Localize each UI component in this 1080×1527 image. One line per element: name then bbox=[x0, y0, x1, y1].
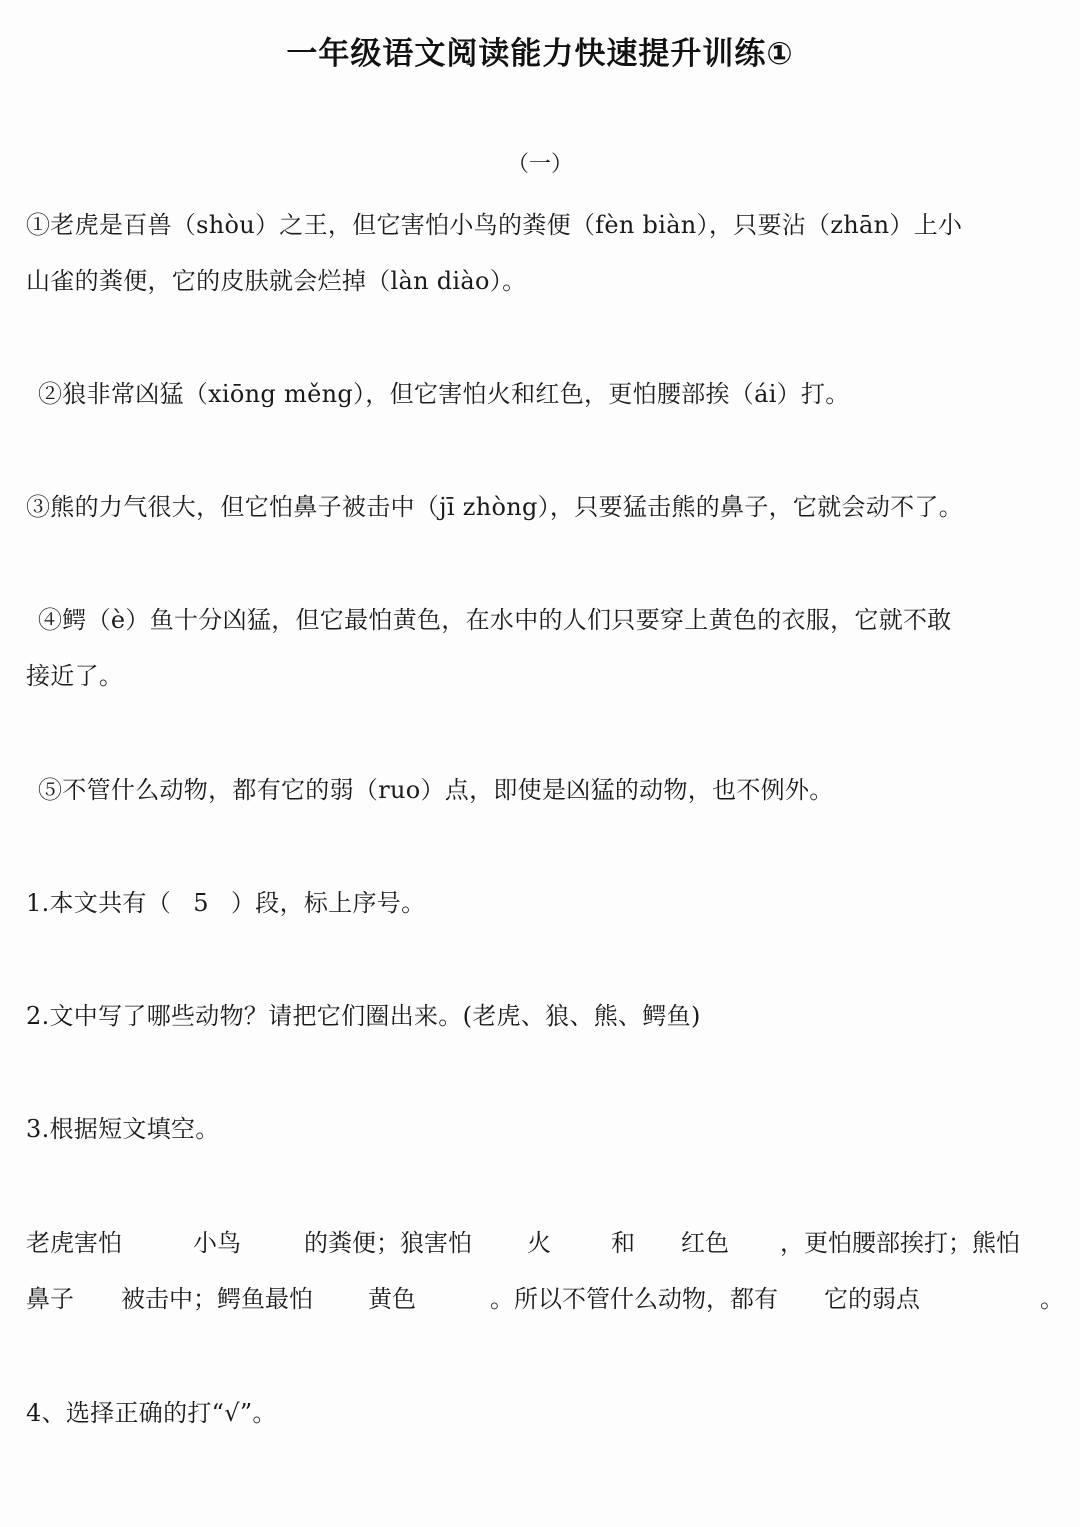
passage-paragraph-3: ③熊的力气很大，但它怕鼻子被击中（jī zhòng），只要猛击熊的鼻子，它就会动… bbox=[26, 491, 1056, 523]
passage-paragraph-1-line-2: 山雀的粪便，它的皮肤就会烂掉（làn diào）。 bbox=[26, 265, 1056, 297]
q3-answer-1[interactable]: 小鸟 bbox=[193, 1227, 241, 1259]
q3-answer-3[interactable]: 红色 bbox=[681, 1227, 729, 1259]
section-label: （一） bbox=[0, 150, 1080, 180]
question-1-suffix: ）段，标上序号。 bbox=[231, 889, 425, 917]
question-2: 2.文中写了哪些动物？请把它们圈出来。(老虎、狼、熊、鳄鱼) bbox=[26, 1000, 1056, 1032]
q3-text-3: 和 bbox=[611, 1227, 635, 1259]
q3-answer-5[interactable]: 黄色 bbox=[368, 1283, 416, 1315]
passage-paragraph-5: ⑤不管什么动物，都有它的弱（ruo）点，即使是凶猛的动物，也不例外。 bbox=[38, 774, 1068, 806]
q3-text-7: 。 bbox=[1040, 1283, 1064, 1315]
q3-answer-2[interactable]: 火 bbox=[527, 1227, 551, 1259]
question-1: 1.本文共有（5）段，标上序号。 bbox=[26, 887, 1056, 919]
passage-paragraph-4-line-1: ④鳄（è）鱼十分凶猛，但它最怕黄色，在水中的人们只要穿上黄色的衣服，它就不敢 bbox=[38, 604, 1068, 636]
q3-text-4: ，更怕腰部挨打；熊怕 bbox=[780, 1227, 1020, 1259]
passage-paragraph-4-line-2: 接近了。 bbox=[26, 660, 1056, 692]
passage-paragraph-2: ②狼非常凶猛（xiōng měng），但它害怕火和红色，更怕腰部挨（ái）打。 bbox=[38, 378, 1068, 410]
q3-text-2: 的粪便；狼害怕 bbox=[304, 1227, 472, 1259]
q3-text-5: 被击中；鳄鱼最怕 bbox=[121, 1283, 313, 1315]
q3-answer-4[interactable]: 鼻子 bbox=[26, 1283, 74, 1315]
worksheet-page: 一年级语文阅读能力快速提升训练① （一） ①老虎是百兽（shòu）之王，但它害怕… bbox=[0, 0, 1080, 1527]
passage-paragraph-1-line-1: ①老虎是百兽（shòu）之王，但它害怕小鸟的粪便（fèn biàn），只要沾（z… bbox=[26, 209, 1056, 241]
page-title: 一年级语文阅读能力快速提升训练① bbox=[0, 34, 1080, 74]
q3-text-1: 老虎害怕 bbox=[26, 1227, 122, 1259]
question-3-prompt: 3.根据短文填空。 bbox=[26, 1113, 1056, 1145]
question-1-prefix: 1.本文共有（ bbox=[26, 889, 171, 917]
question-4: 4、选择正确的打“√”。 bbox=[26, 1397, 1056, 1429]
q3-answer-6[interactable]: 它的弱点 bbox=[824, 1283, 920, 1315]
q3-text-6: 。所以不管什么动物，都有 bbox=[490, 1283, 778, 1315]
question-1-answer[interactable]: 5 bbox=[171, 887, 231, 919]
